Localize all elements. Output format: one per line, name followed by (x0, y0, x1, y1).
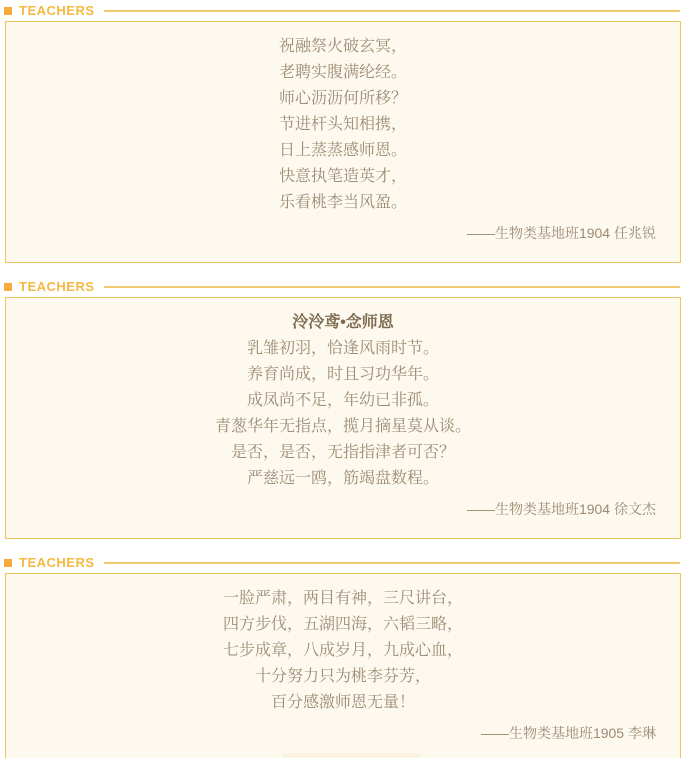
poem-line: 成凤尚不足，年幼已非孤。 (26, 388, 660, 414)
square-bullet-icon (4, 559, 12, 567)
teachers-section-header: TEACHERS (0, 3, 689, 18)
section-label: TEACHERS (19, 555, 95, 570)
square-bullet-icon (4, 7, 12, 15)
header-divider-line (104, 10, 680, 12)
poem-attribution: ——生物类基地班1904 徐文杰 (26, 496, 660, 522)
teachers-section-1: TEACHERS 祝融祭火破玄冥， 老聘实腹满纶经。 师心沥沥何所移？ 节进杆头… (0, 0, 689, 263)
poem-line: 百分感激师恩无量！ (26, 690, 660, 716)
poem-line: 老聘实腹满纶经。 (26, 60, 660, 86)
poem-line: 师心沥沥何所移？ (26, 86, 660, 112)
poem-line: 快意执笔造英才， (26, 164, 660, 190)
poem-line: 是否，是否，无指指津者可否？ (26, 440, 660, 466)
teachers-section-2: TEACHERS 泠泠鸢•念师恩 乳雏初羽，恰逢风雨时节。 养育尚成，时且习功华… (0, 279, 689, 539)
header-divider-line (104, 562, 680, 564)
header-divider-line (104, 286, 680, 288)
section-label: TEACHERS (19, 279, 95, 294)
teachers-section-header: TEACHERS (0, 555, 689, 570)
poem-line: 养育尚成，时且习功华年。 (26, 362, 660, 388)
teachers-section-header: TEACHERS (0, 279, 689, 294)
poem-card: 祝融祭火破玄冥， 老聘实腹满纶经。 师心沥沥何所移？ 节进杆头知相携， 日上蒸蒸… (5, 21, 681, 263)
poem-line: 青葱华年无指点，揽月摘星莫从谈。 (26, 414, 660, 440)
poem-line: 十分努力只为桃李芬芳， (26, 664, 660, 690)
poem-attribution: ——生物类基地班1904 任兆锐 (26, 220, 660, 246)
poem-line: 乐看桃李当风盈。 (26, 190, 660, 216)
poem-card: 泠泠鸢•念师恩 乳雏初羽，恰逢风雨时节。 养育尚成，时且习功华年。 成凤尚不足，… (5, 297, 681, 539)
poem-line: 七步成章，八成岁月，九成心血， (26, 638, 660, 664)
poem-line: 四方步伐，五湖四海，六韬三略， (26, 612, 660, 638)
teachers-section-3: TEACHERS 一脸严肃，两目有神，三尺讲台， 四方步伐，五湖四海，六韬三略，… (0, 555, 689, 758)
poem-line: 乳雏初羽，恰逢风雨时节。 (26, 336, 660, 362)
poem-line: 一脸严肃，两目有神，三尺讲台， (26, 586, 660, 612)
next-card-partial-edge (283, 753, 420, 758)
poem-line: 严慈远一鸥，筋竭盘数程。 (26, 466, 660, 492)
section-label: TEACHERS (19, 3, 95, 18)
poem-card: 一脸严肃，两目有神，三尺讲台， 四方步伐，五湖四海，六韬三略， 七步成章，八成岁… (5, 573, 681, 758)
article-page: TEACHERS 祝融祭火破玄冥， 老聘实腹满纶经。 师心沥沥何所移？ 节进杆头… (0, 0, 689, 758)
poem-line: 节进杆头知相携， (26, 112, 660, 138)
poem-attribution: ——生物类基地班1905 李琳 (26, 720, 660, 746)
square-bullet-icon (4, 283, 12, 291)
poem-line: 祝融祭火破玄冥， (26, 34, 660, 60)
poem-title: 泠泠鸢•念师恩 (26, 310, 660, 336)
poem-line: 日上蒸蒸感师恩。 (26, 138, 660, 164)
